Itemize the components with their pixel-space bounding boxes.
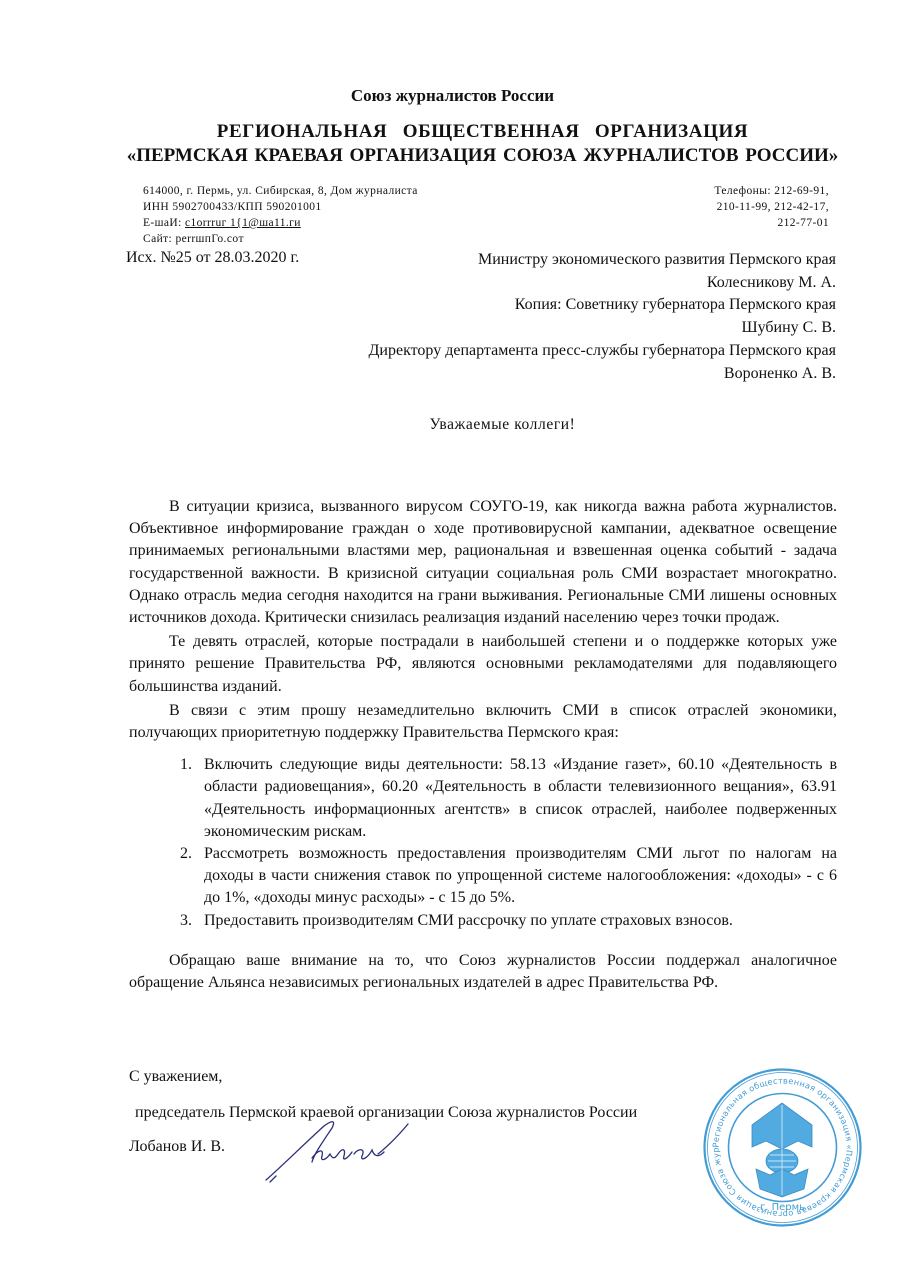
recipient-line: Копия: Советнику губернатора Пермского к… [250,294,836,317]
site-link[interactable]: perrшпГо.coт [175,233,243,245]
address: 614000, г. Пермь, ул. Сибирская, 8, Дом … [143,183,418,199]
body-paragraph: В ситуации кризиса, вызванного вирусом С… [129,496,837,629]
recipient-line: Директору департамента пресс-службы губе… [250,340,836,363]
request-item: Рассмотреть возможность предоставления п… [196,843,837,910]
site-row: Сайт: perrшпГо.coт [143,231,418,247]
recipient-line: Шубину С. В. [250,317,836,340]
letter-page: Союз журналистов России РЕГИОНАЛЬНАЯ ОБЩ… [0,0,905,1280]
phones-line: Телефоны: 212-69-91, [600,183,829,199]
body-paragraph: В связи с этим прошу незамедлительно вкл… [129,700,837,744]
site-label: Сайт: [143,233,172,245]
organization-stamp: Региональная общественная организация «П… [700,1065,865,1230]
signer-name: Лобанов И. В. [129,1138,225,1156]
org-name-line2: «ПЕРМСКАЯ КРАЕВАЯ ОРГАНИЗАЦИЯ СОЮЗА ЖУРН… [0,145,905,167]
stamp-city: г. Пермь [760,1202,805,1213]
email-row: E-шаИ: c1orrruг 1{1@ша11.ги [143,215,418,231]
inn-kpp: ИНН 5902700433/КПП 590201001 [143,199,418,215]
contact-details: 614000, г. Пермь, ул. Сибирская, 8, Дом … [143,183,418,247]
email-label: E-шаИ: [143,217,182,229]
org-name-line1: РЕГИОНАЛЬНАЯ ОБЩЕСТВЕННАЯ ОРГАНИЗАЦИЯ [0,121,905,143]
request-list: Включить следующие виды деятельности: 58… [129,754,837,932]
body-paragraph: Обращаю ваше внимание на то, что Союз жу… [129,950,837,994]
letter-body: В ситуации кризиса, вызванного вирусом С… [129,496,837,994]
phones-line: 210-11-99, 212-42-17, [600,199,829,215]
request-item: Предоставить производителям СМИ рассрочк… [196,910,837,932]
recipient-line: Вороненко А. В. [250,363,836,386]
closing-phrase: С уважением, [129,1068,222,1086]
salutation: Уважаемые коллеги! [0,416,905,434]
recipient-line: Колесникову М. А. [250,272,836,295]
phones-line: 212-77-01 [600,215,829,231]
recipients-block: Министру экономического развития Пермско… [250,249,836,385]
email-link[interactable]: c1orrruг 1{1@ша11.ги [185,217,301,229]
union-title: Союз журналистов России [0,86,905,106]
recipient-line: Министру экономического развития Пермско… [250,249,836,272]
body-paragraph: Те девять отраслей, которые пострадали в… [129,631,837,698]
handwritten-signature [262,1118,412,1183]
request-item: Включить следующие виды деятельности: 58… [196,754,837,843]
phone-numbers: Телефоны: 212-69-91, 210-11-99, 212-42-1… [600,183,829,231]
